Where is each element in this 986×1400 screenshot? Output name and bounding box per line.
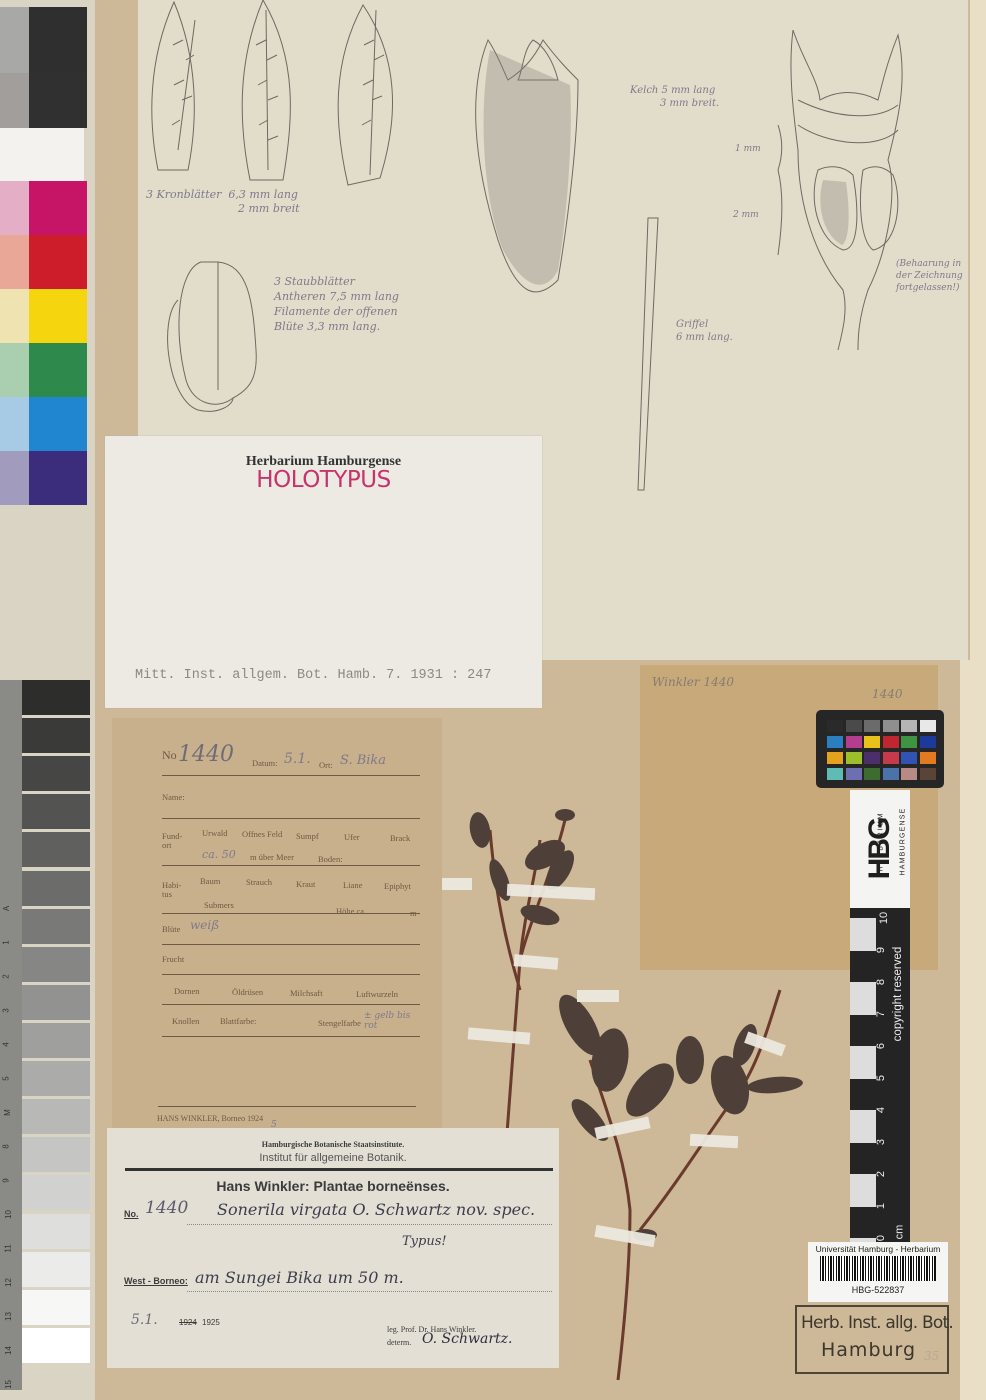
barcode-label: Universität Hamburg - Herbarium HBG-5228… <box>808 1242 948 1302</box>
gray-scale-label: 11 <box>4 1244 13 1252</box>
color-swatch <box>920 752 936 764</box>
color-patch <box>0 235 29 289</box>
color-swatch <box>901 752 917 764</box>
gray-scale-label: 15 <box>4 1380 13 1389</box>
color-swatch <box>901 736 917 748</box>
ruler-segment <box>850 1110 876 1143</box>
color-swatch <box>883 752 899 764</box>
holotype-label: Herbarium Hamburgense HOLOTYPUS Mitt. In… <box>105 436 542 708</box>
color-swatch <box>827 752 843 764</box>
year-struck: 1924 <box>179 1318 197 1327</box>
color-swatch <box>846 720 862 732</box>
fundort-label: Fund-ort <box>162 832 190 850</box>
gray-step <box>22 1023 90 1058</box>
gray-scale-label: 14 <box>4 1346 13 1355</box>
color-patch <box>0 343 29 397</box>
ruler-segment <box>850 1142 876 1175</box>
ruler-tick-label: 8 <box>875 979 887 985</box>
gray-scale-label: 9 <box>2 1178 11 1182</box>
hbg-logo: HERBARIUM HBG HAMBURGENSE <box>850 790 910 908</box>
hbg-bottom-text: HAMBURGENSE <box>900 782 907 902</box>
gray-step <box>22 832 90 867</box>
color-patch <box>0 128 84 181</box>
oeldruesen-label: Öldrüsen <box>232 987 263 997</box>
no-label: No <box>162 748 177 763</box>
field-collection-card: No 1440 Datum: 5.1. Ort: S. Bika Name: F… <box>112 718 442 1133</box>
gray-scale-label: 3 <box>2 1008 11 1012</box>
gray-step <box>22 756 90 791</box>
dornen-label: Dornen <box>174 986 200 996</box>
knollen-label: Knollen <box>172 1016 199 1026</box>
color-patch <box>0 73 29 128</box>
region-label: West - Borneo: <box>124 1276 188 1286</box>
ruler-segment <box>850 1014 876 1047</box>
habitus-option: Strauch <box>246 877 272 887</box>
ruler-segment <box>850 1174 876 1207</box>
publication-reference: Mitt. Inst. allgem. Bot. Hamb. 7. 1931 :… <box>135 668 491 683</box>
color-swatch <box>864 736 880 748</box>
ruler-tick-label: 0 <box>875 1235 887 1241</box>
fundort-option: Ufer <box>344 832 360 842</box>
color-swatch <box>901 768 917 780</box>
envelope-note: Winkler 1440 <box>652 675 734 689</box>
institute-name: Hamburgische Botanische Staatsinstitute. <box>107 1140 559 1149</box>
dotted-line <box>187 1224 552 1225</box>
color-patch <box>0 397 29 451</box>
color-patch <box>29 181 87 235</box>
gray-step <box>22 1328 90 1363</box>
ruler-unit: cm <box>893 1225 905 1240</box>
color-swatch <box>846 752 862 764</box>
gray-scale-label: M <box>3 1109 12 1116</box>
gray-step <box>22 1214 90 1249</box>
altitude-value: ca. 50 <box>202 848 236 861</box>
scale-note-2mm: 2 mm <box>733 210 759 220</box>
fundort-option: Sumpf <box>296 831 319 841</box>
ruler-tick-label: 9 <box>875 947 887 953</box>
gray-step <box>22 680 90 715</box>
gray-scale-strip-label: 15141312111098M54321A <box>0 680 22 1390</box>
ruler-tick-label: 2 <box>875 1171 887 1177</box>
ruler-tick-label: 4 <box>875 1107 887 1113</box>
dotted-line <box>187 1291 552 1292</box>
gray-step <box>22 947 90 982</box>
stengelfarbe-value: ± gelb bis rot <box>364 1011 414 1031</box>
color-swatch <box>864 720 880 732</box>
gray-step <box>22 871 90 906</box>
field-card-footer: HANS WINKLER, Borneo 1924 <box>157 1114 263 1123</box>
color-swatch <box>920 720 936 732</box>
milchsaft-label: Milchsaft <box>290 988 323 998</box>
gray-scale-label: 1 <box>2 940 11 944</box>
ruler-tick-label: 7 <box>875 1011 887 1017</box>
habitus-label: Habi-tus <box>162 881 190 899</box>
blattfarbe-label: Blattfarbe: <box>220 1016 256 1026</box>
tape-strip <box>440 878 472 890</box>
gray-scale-strip <box>22 680 90 1390</box>
copyright-text: copyright reserved <box>892 914 904 1074</box>
fundort-option: Offnes Feld <box>242 829 282 839</box>
gray-scale-label: 5 <box>2 1076 11 1080</box>
ruler-segment <box>850 982 876 1015</box>
hbg-mark: HBG <box>863 797 897 901</box>
color-patch <box>29 7 87 73</box>
locality: am Sungei Bika um 50 m. <box>195 1268 404 1287</box>
ruler-tick-label: 3 <box>875 1139 887 1145</box>
stamens-note: 3 Staubblätter Antheren 7,5 mm lang Fila… <box>274 274 399 334</box>
collection-number: 1440 <box>145 1198 188 1218</box>
color-swatch <box>883 736 899 748</box>
gray-step <box>22 1099 90 1134</box>
name-label: Name: <box>162 792 185 802</box>
boden-label: Boden: <box>318 854 343 864</box>
petals-note: 3 Kronblätter 6,3 mm lang 2 mm breit <box>146 188 300 216</box>
gray-step <box>22 794 90 829</box>
color-swatch <box>846 768 862 780</box>
determ-label: determ. <box>387 1338 411 1347</box>
color-patch <box>0 451 29 505</box>
ruler-segment <box>850 1206 876 1239</box>
color-patch <box>29 73 87 128</box>
hoehe-label: Höhe ca. <box>336 906 366 916</box>
barcode-header: Universität Hamburg - Herbarium <box>808 1244 948 1254</box>
gray-scale-label: 2 <box>2 974 11 978</box>
ruler-tick-label: 5 <box>875 1075 887 1081</box>
determiner: O. Schwartz. <box>422 1331 512 1347</box>
gray-scale-label: 12 <box>4 1278 13 1287</box>
gray-step <box>22 1252 90 1287</box>
habitus-option: Epiphyt <box>384 881 411 891</box>
color-swatch <box>901 720 917 732</box>
ruler-segment <box>850 1078 876 1111</box>
color-swatch <box>920 736 936 748</box>
gray-scale-label: 13 <box>4 1312 13 1321</box>
color-patch <box>0 289 29 343</box>
ruler-segment <box>850 950 876 983</box>
gray-scale-label: A <box>2 906 11 911</box>
color-swatch <box>827 720 843 732</box>
color-swatch <box>883 768 899 780</box>
calyx-note: Kelch 5 mm lang 3 mm breit. <box>630 84 719 110</box>
ruler-segment <box>850 1046 876 1079</box>
color-swatch <box>883 720 899 732</box>
gray-step <box>22 1175 90 1210</box>
color-patch <box>29 235 87 289</box>
barcode-bars <box>820 1256 936 1281</box>
stamp-annotation: 35 <box>924 1349 939 1363</box>
gray-step <box>22 1061 90 1096</box>
stengelfarbe-label: Stengelfarbe <box>318 1018 361 1028</box>
collection-date: 5.1. <box>131 1312 158 1328</box>
color-patch <box>29 397 87 451</box>
divider <box>125 1168 553 1171</box>
altitude-label: m über Meer <box>250 852 294 862</box>
color-patch <box>29 343 87 397</box>
fundort-option: Brack <box>390 833 410 843</box>
color-patch <box>29 289 87 343</box>
taxon-name: Sonerila virgata O. Schwartz nov. spec. <box>217 1200 535 1219</box>
gray-scale-label: 10 <box>4 1210 13 1219</box>
ovary-note: (Behaarung in der Zeichnung fortgelassen… <box>896 258 963 294</box>
subinstitute-name: Institut für allgemeine Botanik. <box>107 1152 559 1164</box>
color-swatch <box>846 736 862 748</box>
style-note: Griffel 6 mm lang. <box>676 318 733 344</box>
gray-step <box>22 1137 90 1172</box>
collection-year: 1925 <box>202 1318 220 1327</box>
luftwurzeln-label: Luftwurzeln <box>356 989 398 999</box>
frucht-label: Frucht <box>162 954 184 964</box>
color-swatch <box>827 736 843 748</box>
collection-title: Hans Winkler: Plantae borneënses. <box>107 1178 559 1194</box>
bluete-label: Blüte <box>162 924 180 934</box>
type-note: Typus! <box>402 1234 447 1249</box>
color-patch <box>29 451 87 505</box>
field-number: 1440 <box>178 742 234 767</box>
barcode-id: HBG-522837 <box>808 1285 948 1295</box>
holotype-stamp: HOLOTYPUS <box>105 467 542 493</box>
gray-step <box>22 1290 90 1325</box>
ort-value: S. Bika <box>340 753 386 768</box>
ort-label: Ort: <box>319 760 333 770</box>
fundort-option: Urwald <box>202 828 228 838</box>
datum-value: 5.1. <box>284 751 311 767</box>
envelope-number: 1440 <box>872 687 903 701</box>
color-checker-card <box>816 710 944 788</box>
color-swatch <box>920 768 936 780</box>
tape-strip <box>690 1134 739 1148</box>
color-patch <box>0 181 29 235</box>
gray-step <box>22 909 90 944</box>
gray-step <box>22 985 90 1020</box>
gray-step <box>22 718 90 753</box>
no-label: No. <box>124 1209 139 1219</box>
color-swatch <box>864 768 880 780</box>
scale-note-1mm: 1 mm <box>735 144 761 154</box>
stamp-line1: Herb. Inst. allg. Bot. <box>801 1313 953 1333</box>
institution-stamp: Herb. Inst. allg. Bot. Hamburg 35 <box>795 1305 949 1374</box>
ruler-tick-label: 6 <box>875 1043 887 1049</box>
color-calibration-chart: 15141312111098M54321A <box>0 0 95 1400</box>
ruler-tick-label: 1 <box>875 1203 887 1209</box>
habitus-option: Baum <box>200 876 220 886</box>
gray-scale-label: 8 <box>2 1144 11 1148</box>
tape-strip <box>577 990 619 1002</box>
scale-ruler: 109876543210cm copyright reserved <box>850 908 910 1248</box>
datum-label: Datum: <box>252 758 278 768</box>
submers-label: Submers <box>204 900 234 910</box>
ruler-segment <box>850 918 876 951</box>
color-patch <box>0 7 29 73</box>
gray-scale-label: 4 <box>2 1042 11 1046</box>
bluete-value: weiß <box>190 918 219 932</box>
color-swatch <box>864 752 880 764</box>
collector-label: Hamburgische Botanische Staatsinstitute.… <box>107 1128 559 1368</box>
habitus-option: Kraut <box>296 879 315 889</box>
ruler-tick-label: 10 <box>878 912 890 924</box>
habitus-option: Liane <box>343 880 362 890</box>
color-swatch <box>827 768 843 780</box>
stamp-line2: Hamburg <box>821 1339 916 1361</box>
